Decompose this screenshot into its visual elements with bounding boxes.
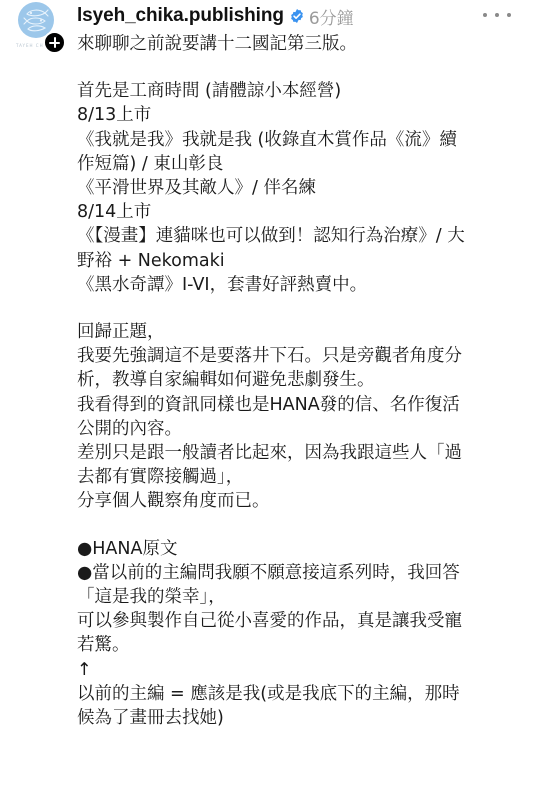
post-body: 來聊聊之前說要講十二國記第三版。 首先是工商時間 (請體諒小本經營) 8/13上… [77,32,522,730]
paragraph-hana-quote: ●HANA原文 ●當以前的主編問我願不願意接這系列時，我回答 「這是我的榮幸」，… [77,537,522,731]
text-line: 差別只是跟一般讀者比起來，因為我跟這些人「過 [77,441,522,465]
text-line: ●當以前的主編問我願不願意接這系列時，我回答 [77,561,522,585]
text-line: 我看得到的資訊同樣也是HANA發的信、名作復活 [77,393,522,417]
paragraph-main-topic: 回歸正題， 我要先強調這不是要落井下石。只是旁觀者角度分 析，教導自家編輯如何避… [77,320,522,514]
text-line: 若驚。 [77,633,522,657]
username-link[interactable]: lsyeh_chika.publishing [77,5,284,27]
ellipsis-icon [483,13,487,17]
post-header: lsyeh_chika.publishing 6分鐘 [77,3,354,29]
post-timestamp: 6分鐘 [309,4,354,29]
paragraph-intro: 來聊聊之前說要講十二國記第三版。 [77,32,522,56]
text-line: 可以參與製作自己從小喜愛的作品，真是讓我受寵 [77,609,522,633]
text-line: 我要先強調這不是要落井下石。只是旁觀者角度分 [77,344,522,368]
text-line: 《我就是我》我就是我 (收錄直木賞作品《流》續 [77,128,522,152]
text-line: ●HANA原文 [77,537,522,561]
text-line: 《平滑世界及其敵人》/ 伴名練 [77,176,522,200]
text-line: 8/14上市 [77,200,522,224]
text-line: 《黑水奇譚》I-VI，套書好評熱賣中。 [77,273,522,297]
more-options-button[interactable] [483,8,511,22]
text-line: ↑ [77,658,522,682]
text-line: 公開的內容。 [77,417,522,441]
text-line: 首先是工商時間 (請體諒小本經營) [77,79,522,103]
text-line: 8/13上市 [77,103,522,127]
verified-badge-icon [289,8,305,24]
text-line: 來聊聊之前說要講十二國記第三版。 [77,32,522,56]
text-line: 析，教導自家編輯如何避免悲劇發生。 [77,368,522,392]
text-line: 「這是我的榮幸」， [77,585,522,609]
text-line: 分享個人觀察角度而已。 [77,489,522,513]
text-line: 去都有實際接觸過」， [77,465,522,489]
follow-plus-button[interactable] [43,31,66,54]
text-line: 以前的主編 = 應該是我(或是我底下的主編，那時 [77,682,522,706]
ellipsis-icon [507,13,511,17]
text-line: 回歸正題， [77,320,522,344]
paragraph-advertisement: 首先是工商時間 (請體諒小本經營) 8/13上市 《我就是我》我就是我 (收錄直… [77,79,522,297]
text-line: 野裕 + Nekomaki [77,249,522,273]
text-line: 候為了畫冊去找她) [77,706,522,730]
ellipsis-icon [495,13,499,17]
text-line: 作短篇) / 東山彰良 [77,152,522,176]
text-line: 《【漫畫】連貓咪也可以做到！認知行為治療》/ 大 [77,224,522,248]
threads-post: TAYEH CHIKA lsyeh_chika.publishing 6分鐘 來… [0,0,533,800]
